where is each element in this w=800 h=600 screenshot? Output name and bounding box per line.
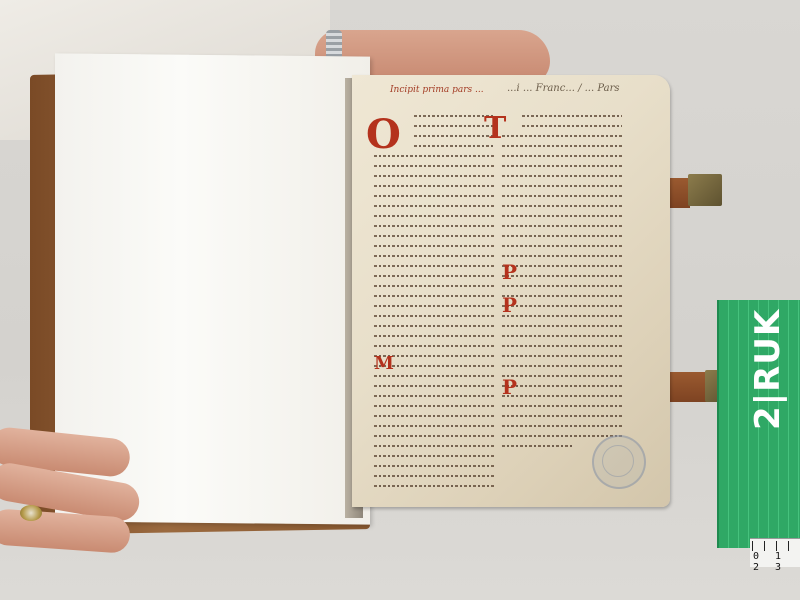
text-column-left [374, 115, 494, 505]
ring [20, 505, 42, 521]
clasp-strap-bottom [665, 372, 710, 402]
clasp-buckle-top [688, 174, 722, 206]
manuscript-folio: Incipit prima pars ... ...i ... Franc...… [352, 75, 670, 507]
red-initial: P [502, 375, 517, 399]
red-initial: P [502, 293, 517, 317]
annotation-note: ...i ... Franc... / ... Pars [507, 83, 619, 94]
scale-label: 0 1 2 3 [753, 551, 800, 573]
red-initial: P [502, 260, 517, 284]
heading-note: Incipit prima pars ... [390, 85, 484, 95]
lower-hand [0, 425, 140, 565]
illuminated-initial: O [366, 111, 401, 158]
red-initial: M [374, 353, 394, 374]
library-stamp [592, 435, 646, 489]
scale-ticks [752, 541, 800, 551]
stamp-inner-ring [602, 445, 634, 477]
measuring-scale: 0 1 2 3 [750, 538, 800, 567]
red-initial: T [484, 111, 506, 146]
shelfmark-label: 2|RUK [748, 309, 788, 430]
